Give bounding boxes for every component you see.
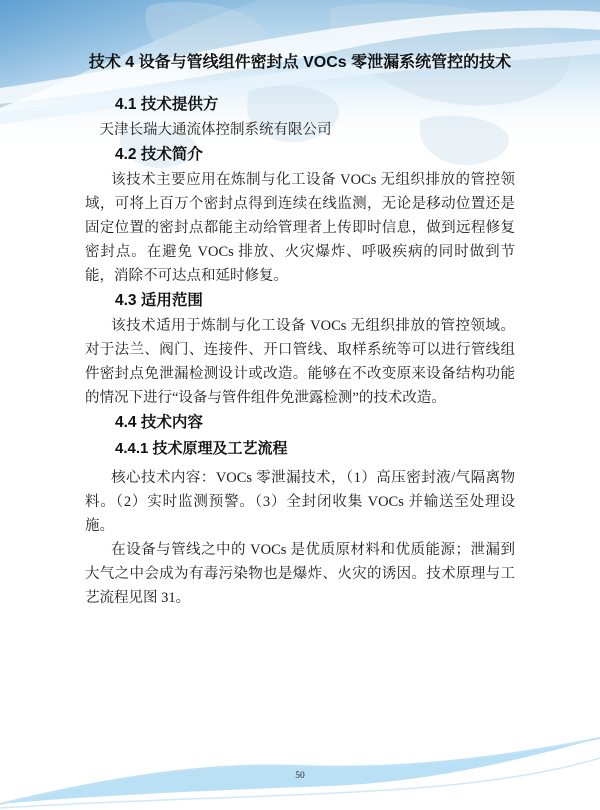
provider-name: 天津长瑞大通流体控制系统有限公司 [85, 118, 515, 142]
paragraph-vocs-risk: 在设备与管线之中的 VOCs 是优质原材料和优质能源；泄漏到大气之中会成为有毒污… [85, 538, 515, 610]
paragraph-core-technology: 核心技术内容：VOCs 零泄漏技术，（1）高压密封液/气隔离物料。（2）实时监测… [85, 466, 515, 538]
heading-4-2: 4.2 技术简介 [85, 142, 515, 168]
page-number: 50 [0, 771, 600, 781]
bottom-wave-decoration [0, 700, 600, 810]
heading-4-1: 4.1 技术提供方 [85, 92, 515, 118]
heading-4-3: 4.3 适用范围 [85, 288, 515, 314]
page-content: 技术 4 设备与管线组件密封点 VOCs 零泄漏系统管控的技术 4.1 技术提供… [85, 50, 515, 610]
bottom-wave-line-lower [0, 758, 600, 808]
document-page: 技术 4 设备与管线组件密封点 VOCs 零泄漏系统管控的技术 4.1 技术提供… [0, 0, 600, 810]
paragraph-application-scope: 该技术适用于炼制与化工设备 VOCs 无组织排放的管控领域。对于法兰、阀门、连接… [85, 314, 515, 410]
paragraph-tech-summary: 该技术主要应用在炼制与化工设备 VOCs 无组织排放的管控领域，可将上百万个密封… [85, 168, 515, 288]
heading-4-4-1: 4.4.1 技术原理及工艺流程 [85, 436, 515, 462]
chapter-title: 技术 4 设备与管线组件密封点 VOCs 零泄漏系统管控的技术 [85, 50, 515, 76]
heading-4-4: 4.4 技术内容 [85, 410, 515, 436]
